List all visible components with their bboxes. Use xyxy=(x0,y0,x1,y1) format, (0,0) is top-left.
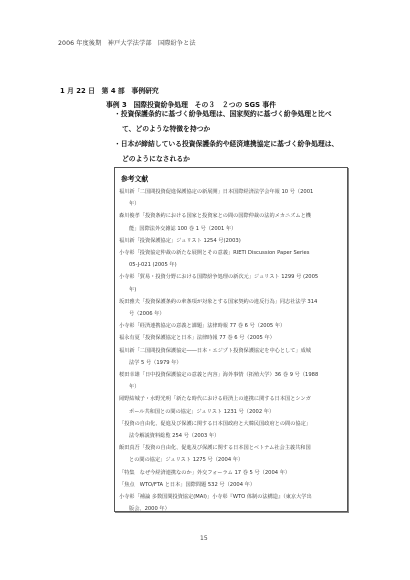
reference-line: 年) xyxy=(119,284,343,296)
reference-item: 「投資の自由化、促進及び保護に関する日本国政府と大韓民国政府との間の協定」 法令… xyxy=(119,418,343,442)
reference-line: 号（2006 年） xyxy=(119,308,343,320)
question-1-line-2: て、どのような特徴を持つか xyxy=(114,122,314,137)
references-list: 福川新「二国間投資促進保護協定の新展開」日本国際経済法学会年報 10 号（200… xyxy=(119,186,343,515)
reference-line: 「特集 なぜ今経済連携なのか」外交フォーラム 17 巻 5 号（2004 年） xyxy=(119,467,343,479)
reference-line: 小寺彰「経済連携協定の意義と課題」法律時報 77 巻 6 号（2005 年） xyxy=(119,320,343,332)
page-number: 15 xyxy=(200,535,208,542)
question-2: ・日本が締結している投資保護条約や経済連携協定に基づく紛争処理は、 どのようにな… xyxy=(114,137,314,167)
reference-item: 坂田雅夫「投資保護条約の傘条項が対象とする国家契約の違反行為」同志社法学 314… xyxy=(119,296,343,320)
question-2-line-1: ・日本が締結している投資保護条約や経済連携協定に基づく紛争処理は、 xyxy=(114,137,314,152)
reference-line: との間の協定」ジュリスト 1275 号（2004 年） xyxy=(119,454,343,466)
reference-item: 福川新「投資保護協定」ジュリスト 1254 号(2003) xyxy=(119,235,343,247)
reference-line: 法学 5 号（1979 年） xyxy=(119,357,343,369)
reference-line: 飯田真吾「投資の自由化、促進及び保護に関する日本国とベトナム社会主義共和国 xyxy=(119,442,343,454)
question-2-line-2: どのようになされるか xyxy=(114,152,314,167)
reference-item: 岡野結城子・水野光明「新たな時代における経済上の連携に関する日本国とシンガ ポー… xyxy=(119,393,343,417)
reference-line: 05-J-021 (2005 年) xyxy=(119,259,343,271)
reference-line: 福川新「投資保護協定」ジュリスト 1254 号(2003) xyxy=(119,235,343,247)
reference-line: 法令解説資料総覧 254 号（2003 年） xyxy=(119,430,343,442)
reference-line: 年） xyxy=(119,381,343,393)
reference-item: 小寺彰「経済連携協定の意義と課題」法律時報 77 巻 6 号（2005 年） xyxy=(119,320,343,332)
reference-line: 版会、2000 年） xyxy=(119,503,343,515)
reference-item: 「焦点 WTO/FTA と日本」国際問題 532 号（2004 年） xyxy=(119,479,343,491)
question-1: ・投資保護条約に基づく紛争処理は、国家契約に基づく紛争処理と比べ て、どのような… xyxy=(114,107,314,137)
session-date-line: 1 月 22 日 第 4 部 事例研究 xyxy=(60,85,159,95)
reference-item: 「特集 なぜ今経済連携なのか」外交フォーラム 17 巻 5 号（2004 年） xyxy=(119,467,343,479)
reference-item: 福川新「二国間投資保護協定――日本・エジプト投資保護協定を中心として」成城 法学… xyxy=(119,345,343,369)
reference-line: 能」国際法外交雑誌 100 巻 1 号（2001 年） xyxy=(119,223,343,235)
reference-line: 「投資の自由化、促進及び保護に関する日本国政府と大韓民国政府との間の協定」 xyxy=(119,418,343,430)
reference-line: 小寺彰「貿易・投資分野における国際紛争処理の新次元」ジュリスト 1299 号 (… xyxy=(119,271,343,283)
reference-line: 小寺彰「投資協定仲裁の新たな展開とその意義」RIETI Discussion P… xyxy=(119,247,343,259)
reference-item: 小寺彰「投資協定仲裁の新たな展開とその意義」RIETI Discussion P… xyxy=(119,247,343,271)
reference-item: 飯田真吾「投資の自由化、促進及び保護に関する日本国とベトナム社会主義共和国 との… xyxy=(119,442,343,466)
document-header: 2006 年度後期 神戸大学法学部 国際紛争と法 xyxy=(58,38,196,47)
reference-item: 桜田幸雄「日中投資保護協定の意義と内容」海外事情（拓殖大学）36 巻 9 号（1… xyxy=(119,369,343,393)
reference-line: 年） xyxy=(119,198,343,210)
reference-line: 「焦点 WTO/FTA と日本」国際問題 532 号（2004 年） xyxy=(119,479,343,491)
reference-line: 福永有夏「投資保護協定と日本」法律時報 77 巻 6 号（2005 年） xyxy=(119,332,343,344)
reference-line: ポール共和国との間の協定」ジュリスト 1231 号（2002 年） xyxy=(119,406,343,418)
reference-item: 小寺彰「補論 多数国間投資協定(MAI)」小寺彰『WTO 体制の法構造』（東京大… xyxy=(119,491,343,515)
question-1-line-1: ・投資保護条約に基づく紛争処理は、国家契約に基づく紛争処理と比べ xyxy=(114,107,314,122)
references-title: 参考文献 xyxy=(121,173,148,183)
reference-item: 福川新「二国間投資促進保護協定の新展開」日本国際経済法学会年報 10 号（200… xyxy=(119,186,343,210)
reference-line: 坂田雅夫「投資保護条約の傘条項が対象とする国家契約の違反行為」同志社法学 314 xyxy=(119,296,343,308)
reference-item: 森川俊孝「投資条約における国家と投資家との間の国際仲裁の法的メカニズムと機 能」… xyxy=(119,210,343,234)
references-box: 参考文献 福川新「二国間投資促進保護協定の新展開」日本国際経済法学会年報 10 … xyxy=(114,167,348,512)
reference-item: 小寺彰「貿易・投資分野における国際紛争処理の新次元」ジュリスト 1299 号 (… xyxy=(119,271,343,295)
reference-line: 福川新「二国間投資促進保護協定の新展開」日本国際経済法学会年報 10 号（200… xyxy=(119,186,343,198)
reference-item: 福永有夏「投資保護協定と日本」法律時報 77 巻 6 号（2005 年） xyxy=(119,332,343,344)
reference-line: 福川新「二国間投資保護協定――日本・エジプト投資保護協定を中心として」成城 xyxy=(119,345,343,357)
reference-line: 小寺彰「補論 多数国間投資協定(MAI)」小寺彰『WTO 体制の法構造』（東京大… xyxy=(119,491,343,503)
reference-line: 森川俊孝「投資条約における国家と投資家との間の国際仲裁の法的メカニズムと機 xyxy=(119,210,343,222)
reference-line: 桜田幸雄「日中投資保護協定の意義と内容」海外事情（拓殖大学）36 巻 9 号（1… xyxy=(119,369,343,381)
reference-line: 岡野結城子・水野光明「新たな時代における経済上の連携に関する日本国とシンガ xyxy=(119,393,343,405)
